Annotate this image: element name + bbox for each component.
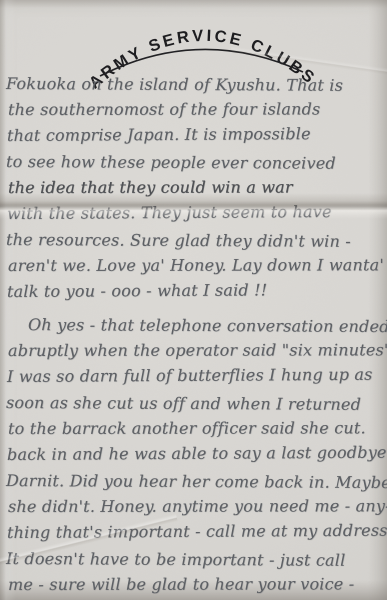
letter-line: Darnit. Did you hear her come back in. M… [6,468,385,496]
letter-line: It doesn't have to be important - just c… [6,546,385,574]
letter-line: me - sure will be glad to hear your voic… [8,571,387,598]
letter-line: to see how these people ever conceived [6,149,385,177]
letter-line: to the barrack another officer said she … [8,415,387,442]
letter-line: that comprise Japan. It is impossible [7,121,386,149]
letter-line: aren't we. Love ya' Honey. Lay down I wa… [8,252,387,279]
letter-line: abruptly when the operator said "six min… [8,337,387,364]
letter-body: Fokuoka on the island of Kyushu. That is… [6,71,385,598]
letter-line: soon as she cut us off and when I return… [6,390,385,418]
letter-line: the southernomost of the four islands [8,96,387,123]
letter-line: back in and he was able to say a last go… [7,440,386,468]
letter-line: talk to you - ooo - what I said !! [7,277,386,305]
letter-line: I was so darn full of butterflies I hung… [7,362,386,390]
letter-page: ARMY SERVICE CLUBS Fokuoka on the island… [0,0,387,600]
letter-line: the resources. Sure glad they didn't win… [6,227,385,255]
letter-line: Fokuoka on the island of Kyushu. That is [6,71,385,99]
letter-line: thing that's important - call me at my a… [7,518,386,546]
letter-line: she didn't. Honey. anytime you need me -… [8,493,387,520]
letter-line: with the states. They just seem to have [7,199,386,227]
letter-line: the idea that they could win a war [8,174,387,201]
letter-line: Oh yes - that telephone conversation end… [6,312,385,340]
